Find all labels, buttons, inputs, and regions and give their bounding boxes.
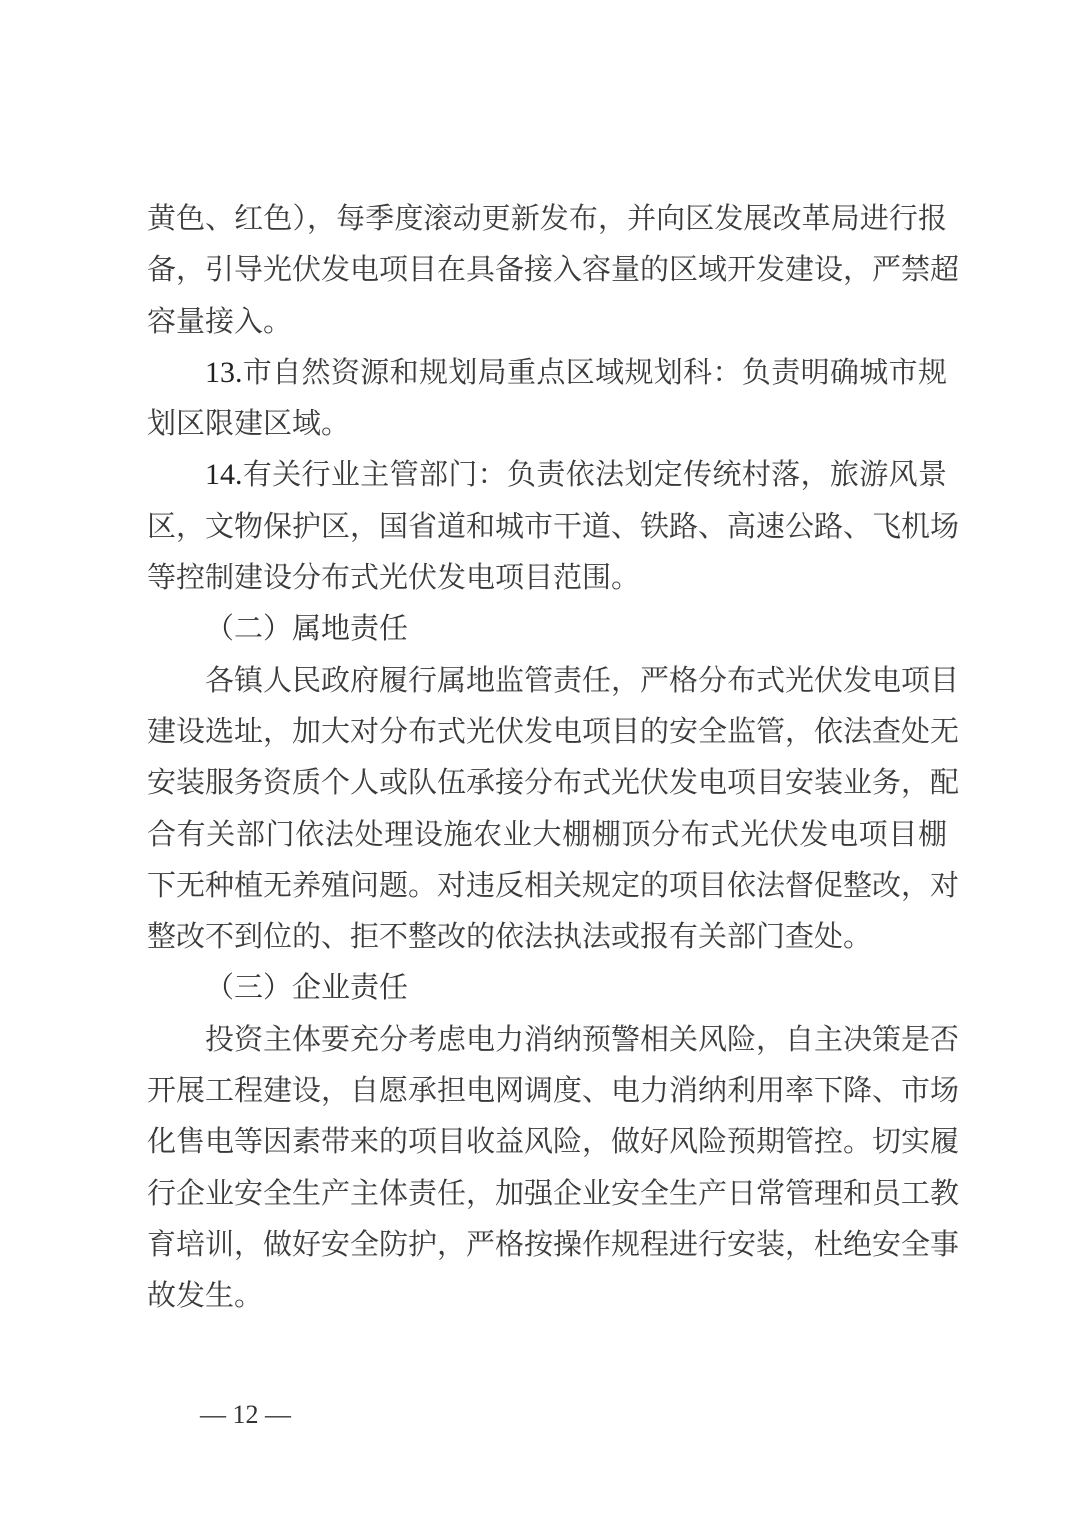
text-line: 备，引导光伏发电项目在具备接入容量的区域开发建设，严禁超	[147, 244, 947, 295]
item-number: 14.	[205, 458, 243, 491]
text-line: 故发生。	[147, 1270, 947, 1321]
text-line: 投资主体要充分考虑电力消纳预警相关风险，自主决策是否	[147, 1014, 947, 1065]
text-line: 化售电等因素带来的项目收益风险，做好风险预期管控。切实履	[147, 1116, 947, 1167]
text-line: 开展工程建设，自愿承担电网调度、电力消纳利用率下降、市场	[147, 1065, 947, 1116]
text-line: 容量接入。	[147, 296, 947, 347]
item-text: 有关行业主管部门：负责依法划定传统村落，旅游风景	[243, 457, 948, 491]
text-line: 划区限建区域。	[147, 398, 947, 449]
text-line: 建设选址，加大对分布式光伏发电项目的安全监管，依法查处无	[147, 706, 947, 757]
document-body: 黄色、红色），每季度滚动更新发布，并向区发展改革局进行报 备，引导光伏发电项目在…	[147, 193, 947, 1322]
section-heading-enterprise-responsibility: （三）企业责任	[147, 962, 947, 1013]
text-line: 合有关部门依法处理设施农业大棚棚顶分布式光伏发电项目棚	[147, 809, 947, 860]
text-line: 安装服务资质个人或队伍承接分布式光伏发电项目安装业务，配	[147, 757, 947, 808]
text-line: 黄色、红色），每季度滚动更新发布，并向区发展改革局进行报	[147, 193, 947, 244]
text-line: 育培训，做好安全防护，严格按操作规程进行安装，杜绝安全事	[147, 1219, 947, 1270]
item-number: 13.	[205, 356, 243, 389]
text-line: 下无种植无养殖问题。对违反相关规定的项目依法督促整改，对	[147, 860, 947, 911]
text-line: 行企业安全生产主体责任，加强企业安全生产日常管理和员工教	[147, 1168, 947, 1219]
text-line: 整改不到位的、拒不整改的依法执法或报有关部门查处。	[147, 911, 947, 962]
numbered-item-13: 13.市自然资源和规划局重点区域规划科：负责明确城市规	[147, 347, 947, 398]
text-line: 各镇人民政府履行属地监管责任，严格分布式光伏发电项目	[147, 655, 947, 706]
item-text: 市自然资源和规划局重点区域规划科：负责明确城市规	[243, 355, 948, 389]
page-number: — 12 —	[200, 1400, 291, 1430]
text-line: 区，文物保护区，国省道和城市干道、铁路、高速公路、飞机场	[147, 501, 947, 552]
section-heading-local-responsibility: （二）属地责任	[147, 603, 947, 654]
text-line: 等控制建设分布式光伏发电项目范围。	[147, 552, 947, 603]
document-page: 黄色、红色），每季度滚动更新发布，并向区发展改革局进行报 备，引导光伏发电项目在…	[0, 0, 1080, 1527]
numbered-item-14: 14.有关行业主管部门：负责依法划定传统村落，旅游风景	[147, 449, 947, 500]
